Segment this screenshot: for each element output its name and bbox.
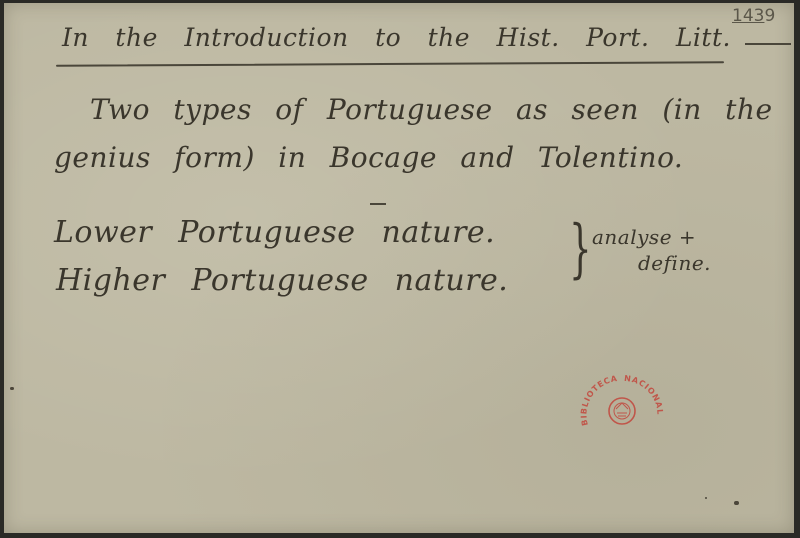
curly-brace-icon: } <box>569 217 591 281</box>
paper-speck <box>10 387 14 390</box>
paper-speck <box>734 501 739 505</box>
title-dash <box>745 43 791 45</box>
library-stamp-icon: BIBLIOTECA NACIONAL <box>578 363 664 433</box>
title-line: In the Introduction to the Hist. Port. L… <box>62 23 731 52</box>
body-line-1: Two types of Portuguese as seen (in the <box>90 93 773 126</box>
stamp-text-left: BIBLIOTECA <box>579 374 618 427</box>
reference-number-suffix: 9 <box>764 6 775 26</box>
svg-text:BIBLIOTECA: BIBLIOTECA <box>579 374 618 427</box>
bracket-note-line-1: analyse + <box>592 225 696 249</box>
list-item-lower: Lower Portuguese nature. <box>54 215 495 250</box>
paper-speck <box>705 497 707 499</box>
list-item-higher: Higher Portuguese nature. <box>56 263 508 298</box>
reference-number: 1439 <box>732 6 775 26</box>
manuscript-card: 1439 In the Introduction to the Hist. Po… <box>4 3 794 533</box>
title-underline <box>56 61 724 66</box>
reference-number-main: 143 <box>732 6 764 26</box>
separator-mark <box>370 203 386 205</box>
bracket-note-line-2: define. <box>638 251 711 275</box>
body-line-2: genius form) in Bocage and Tolentino. <box>54 141 683 174</box>
